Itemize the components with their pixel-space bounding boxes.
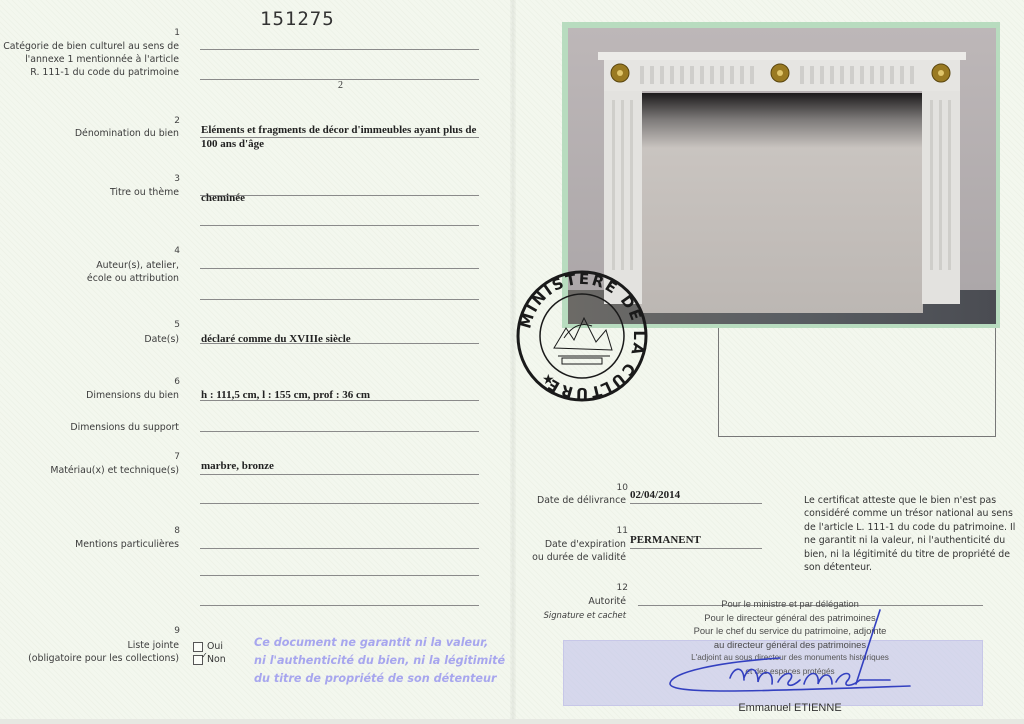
field-7-line: [200, 474, 479, 475]
field-12-label: Autorité: [588, 595, 626, 608]
field-12-number: 12: [616, 583, 628, 593]
photo-caption-box: [718, 328, 996, 437]
bottom-edge: [0, 719, 1024, 724]
field-1-line: [200, 49, 479, 50]
field-7-label: Matériau(x) et technique(s): [50, 464, 179, 477]
field-5-line: [200, 343, 479, 344]
page-number: 2: [338, 80, 343, 91]
field-12-sublabel: Signature et cachet: [544, 609, 626, 622]
field-2-value-line2: 100 ans d'âge: [201, 138, 264, 150]
field-3-label: Titre ou thème: [110, 186, 179, 199]
field-10-line: [630, 503, 762, 504]
field-10-value: 02/04/2014: [630, 489, 680, 501]
field-6-line: [200, 400, 479, 401]
field-11-value: PERMANENT: [630, 534, 701, 546]
field-8-label: Mentions particulières: [75, 538, 179, 551]
field-8-line: [200, 548, 479, 549]
field-1-label: Catégorie de bien culturel au sens de l'…: [3, 40, 179, 79]
ministry-stamp: MINISTERE DE LA CULTURE ★: [514, 268, 650, 404]
field-7-number: 7: [170, 452, 180, 462]
field-5-number: 5: [170, 320, 180, 330]
field-1-number: 1: [170, 28, 180, 38]
field-6-number: 6: [170, 377, 180, 387]
support-dimensions-line: [200, 431, 479, 432]
field-4-line-2: [200, 299, 479, 300]
field-10-number: 10: [616, 483, 628, 493]
field-5-label: Date(s): [144, 333, 179, 346]
field-11-label: Date d'expiration ou durée de validité: [532, 538, 626, 564]
field-2-label: Dénomination du bien: [75, 127, 179, 140]
field-3-number: 3: [170, 174, 180, 184]
support-dimensions-label: Dimensions du support: [70, 421, 179, 434]
field-3-line-2: [200, 225, 479, 226]
field-3-value: cheminée: [201, 192, 245, 204]
field-11-line: [630, 548, 762, 549]
field-8-number: 8: [170, 526, 180, 536]
field-9-label: Liste jointe (obligatoire pour les colle…: [28, 639, 179, 665]
field-7-line-2: [200, 503, 479, 504]
field-4-number: 4: [170, 246, 180, 256]
field-8-line-3: [200, 605, 479, 606]
checkbox-non-label: Non: [207, 654, 226, 665]
field-2-value-line1: Eléments et fragments de décor d'immeubl…: [201, 124, 476, 136]
field-11-number: 11: [616, 526, 628, 536]
field-9-number: 9: [170, 626, 180, 636]
field-7-value: marbre, bronze: [201, 460, 274, 472]
field-2-number: 2: [170, 116, 180, 126]
field-4-line: [200, 268, 479, 269]
field-10-label: Date de délivrance: [537, 494, 626, 507]
left-page: [0, 0, 512, 724]
field-4-label: Auteur(s), atelier, école ou attribution: [87, 259, 179, 285]
checkbox-oui-label: Oui: [207, 641, 223, 652]
field-8-line-2: [200, 575, 479, 576]
disclaimer-stamp: Ce document ne garantit ni la valeur, ni…: [254, 634, 505, 688]
signatory-name: Emmanuel ETIENNE: [700, 702, 880, 714]
certificate-number: 151275: [260, 8, 335, 30]
handwritten-signature: [660, 600, 920, 700]
certificate-notice: Le certificat atteste que le bien n'est …: [804, 494, 1019, 574]
field-6-label: Dimensions du bien: [86, 389, 179, 402]
svg-text:★: ★: [542, 372, 555, 388]
